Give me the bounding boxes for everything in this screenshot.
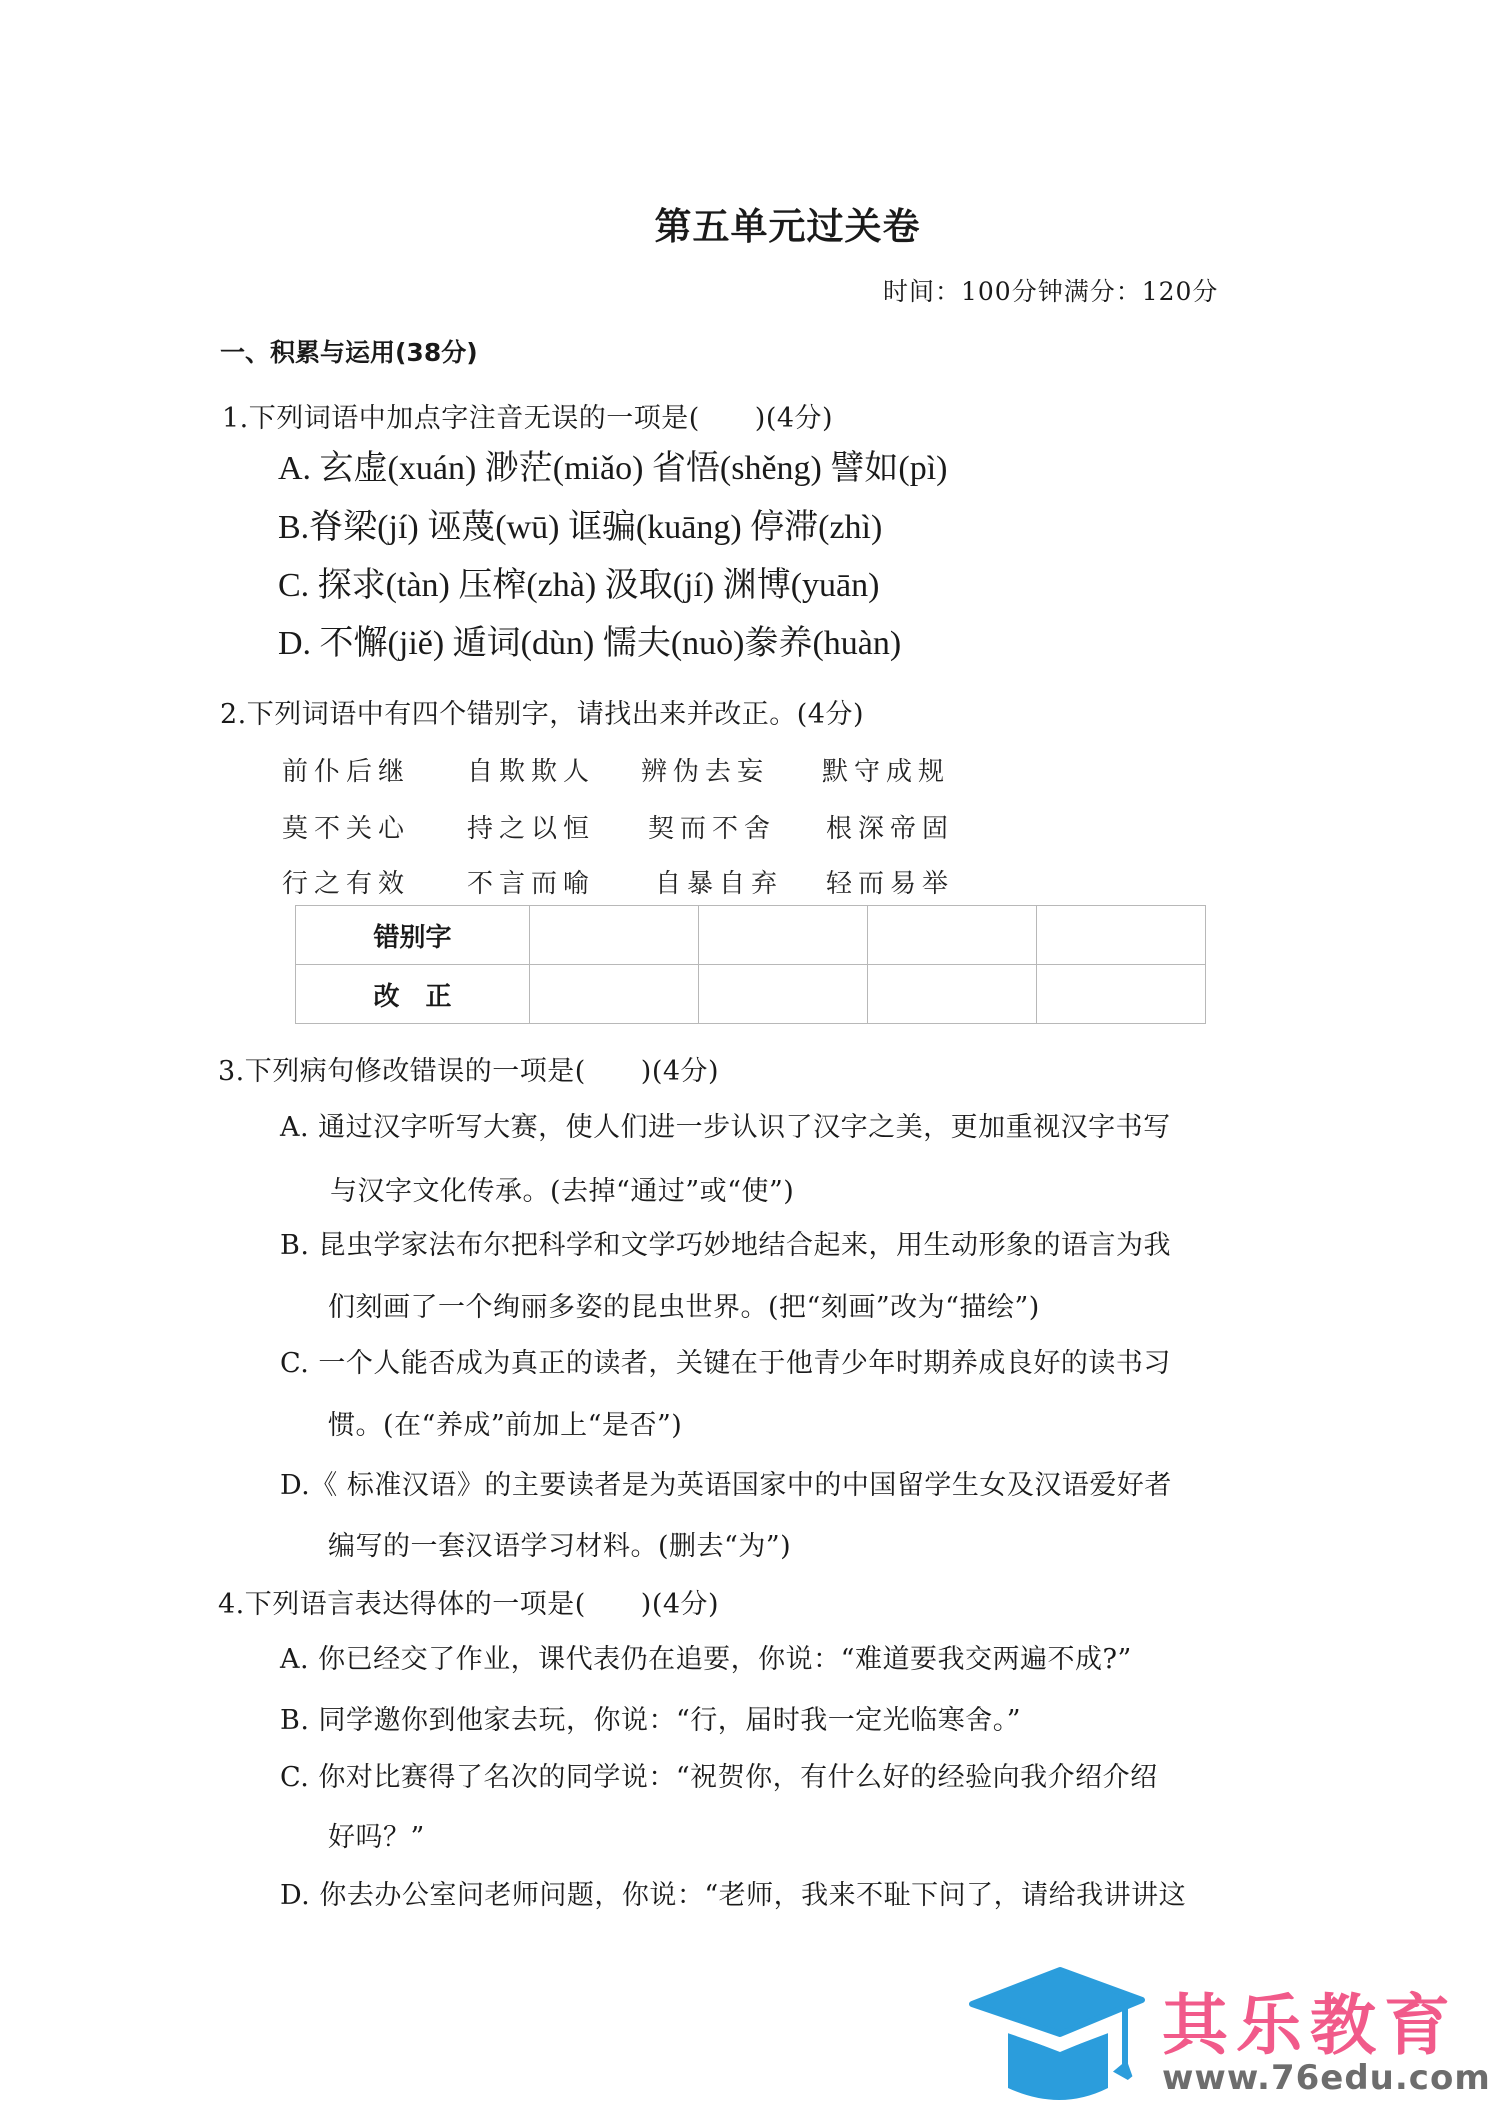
question-1-stem: 1.下列词语中加点字注音无误的一项是( )(4分) [222, 396, 833, 435]
word-item: 不言而喻 [467, 863, 595, 900]
brand-name: 其乐教育 [1162, 1972, 1458, 2067]
word-item: 行之有效 [282, 863, 410, 900]
page-title: 第五单元过关卷 [0, 196, 1493, 250]
answer-cell[interactable] [699, 906, 868, 965]
exam-meta: 时间：100分钟满分：120分 [883, 272, 1218, 308]
answer-cell[interactable] [699, 965, 868, 1024]
section-heading: 一、积累与运用(38分) [220, 333, 478, 369]
question-3-option-b-cont: 们刻画了一个绚丽多姿的昆虫世界。(把“刻画”改为“描绘”) [328, 1285, 1040, 1324]
question-3-option-d-cont: 编写的一套汉语学习材料。(删去“为”) [328, 1524, 791, 1563]
answer-cell[interactable] [530, 906, 699, 965]
question-3-option-a-cont: 与汉字文化传承。(去掉“通过”或“使”) [330, 1169, 794, 1208]
question-3-option-c: C. 一个人能否成为真正的读者，关键在于他青少年时期养成良好的读书习 [280, 1341, 1171, 1380]
question-4-option-c-cont: 好吗？” [328, 1815, 425, 1854]
question-1-option-b: B.脊梁(jí) 诬蔑(wū) 诓骗(kuāng) 停滞(zhì) [278, 499, 882, 548]
question-4-option-c: C. 你对比赛得了名次的同学说：“祝贺你，有什么好的经验向我介绍介绍 [280, 1755, 1158, 1794]
brand-url: www.76edu.com [1162, 2058, 1491, 2098]
question-3-option-d: D.《 标准汉语》的主要读者是为英语国家中的中国留学生女及汉语爱好者 [280, 1463, 1172, 1502]
watermark-logo: 其乐教育 www.76edu.com [968, 1966, 1488, 2106]
word-item: 默守成规 [822, 751, 950, 788]
word-item: 自暴自弃 [655, 863, 783, 900]
word-item: 自欺欺人 [467, 751, 595, 788]
table-row: 改 正 [296, 965, 1206, 1024]
question-3-option-a: A. 通过汉字听写大赛，使人们进一步认识了汉字之美，更加重视汉字书写 [280, 1105, 1171, 1144]
word-item: 契而不舍 [648, 808, 776, 845]
word-item: 前仆后继 [282, 751, 410, 788]
row-header-correction: 改 正 [296, 965, 530, 1024]
question-4-option-b: B. 同学邀你到他家去玩，你说：“行，届时我一定光临寒舍。” [280, 1698, 1021, 1737]
answer-cell[interactable] [868, 906, 1037, 965]
question-1-option-a: A. 玄虚(xuán) 渺茫(miǎo) 省悟(shěng) 譬如(pì) [278, 440, 947, 489]
table-row: 错别字 [296, 906, 1206, 965]
question-3-stem: 3.下列病句修改错误的一项是( )(4分) [218, 1049, 719, 1088]
answer-cell[interactable] [868, 965, 1037, 1024]
correction-table: 错别字 改 正 [295, 905, 1206, 1024]
word-item: 持之以恒 [467, 808, 595, 845]
word-item: 根深帝固 [826, 808, 954, 845]
word-item: 轻而易举 [826, 863, 954, 900]
question-1-option-d: D. 不懈(jiě) 遁词(dùn) 懦夫(nuò)豢养(huàn) [278, 615, 901, 664]
graduation-cap-icon [968, 1966, 1153, 2106]
row-header-wrong-char: 错别字 [296, 906, 530, 965]
question-3-option-c-cont: 惯。(在“养成”前加上“是否”) [328, 1403, 682, 1442]
word-item: 莫不关心 [282, 808, 410, 845]
question-4-option-d: D. 你去办公室问老师问题，你说：“老师，我来不耻下问了，请给我讲讲这 [280, 1873, 1186, 1912]
word-item: 辨伪去妄 [641, 751, 769, 788]
question-3-option-b: B. 昆虫学家法布尔把科学和文学巧妙地结合起来，用生动形象的语言为我 [280, 1223, 1171, 1262]
question-1-option-c: C. 探求(tàn) 压榨(zhà) 汲取(jí) 渊博(yuān) [278, 557, 879, 606]
question-2-stem: 2.下列词语中有四个错别字，请找出来并改正。(4分) [220, 692, 864, 731]
question-4-stem: 4.下列语言表达得体的一项是( )(4分) [218, 1582, 719, 1621]
answer-cell[interactable] [1037, 965, 1206, 1024]
answer-cell[interactable] [1037, 906, 1206, 965]
question-4-option-a: A. 你已经交了作业，课代表仍在追要，你说：“难道要我交两遍不成?” [280, 1637, 1132, 1676]
answer-cell[interactable] [530, 965, 699, 1024]
